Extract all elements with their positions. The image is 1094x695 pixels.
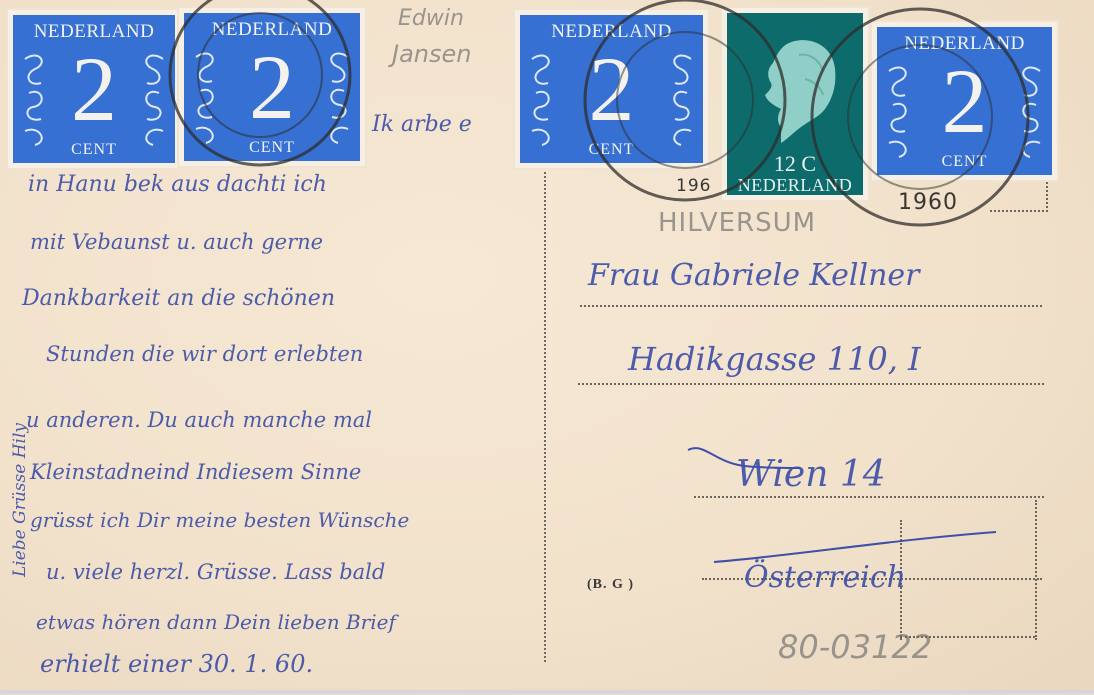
message-line-1: Ik arbe e (372, 112, 472, 137)
address-line-guide-1 (580, 305, 1042, 307)
postcode-box-right (1035, 500, 1037, 640)
stamp-country: NEDERLAND (727, 175, 863, 196)
message-line-9: u. viele herzl. Grüsse. Lass bald (46, 560, 385, 584)
stamp-2-cent-1: NEDERLAND 2 CENT (8, 10, 180, 168)
stamp-unit: CENT (13, 141, 175, 159)
address-street: Hadikgasse 110, I (628, 340, 921, 378)
address-flourish (684, 444, 804, 484)
pencil-note-catalog: 80-03122 (778, 628, 932, 666)
stamp-value: 2 (184, 41, 360, 133)
stamp-value: 2 (13, 43, 175, 135)
postcode-box-bottom (900, 636, 1035, 638)
stamp-value: 2 (877, 55, 1052, 147)
stamp-2-cent-3: NEDERLAND 2 CENT (515, 10, 708, 168)
postmark-year-1: 196 (676, 176, 711, 196)
pencil-note-town: HILVERSUM (658, 208, 816, 238)
stamp-2-cent-2: NEDERLAND 2 CENT (179, 8, 365, 166)
message-line-7: Kleinstadneind Indiesem Sinne (30, 460, 361, 484)
message-line-3: mit Vebaunst u. auch gerne (30, 230, 323, 254)
address-recipient: Frau Gabriele Kellner (588, 258, 920, 293)
stamp-value: 2 (520, 43, 703, 135)
stamp-2-cent-4: NEDERLAND 2 CENT (872, 22, 1057, 180)
stamp-value: 12 C (727, 151, 863, 177)
stamp-unit: CENT (184, 139, 360, 157)
pencil-note-sender-first: Edwin (398, 6, 464, 31)
message-line-4: Dankbarkeit an die schönen (22, 286, 335, 311)
stamp-unit: CENT (877, 153, 1052, 171)
address-line-guide-2 (578, 383, 1044, 385)
queen-profile-icon (755, 35, 840, 145)
postcard-back: NEDERLAND 2 CENT NEDERLAND 2 CENT NEDERL… (0, 0, 1094, 693)
message-line-10: etwas hören dann Dein lieben Brief (36, 610, 396, 634)
side-note-text: Liebe Grüsse Hily (10, 423, 30, 577)
address-line-guide-0 (990, 210, 1048, 212)
printed-mark: (B. G ) (587, 577, 634, 593)
side-note: Liebe Grüsse Hily (2, 330, 42, 670)
stamp-unit: CENT (520, 141, 703, 159)
message-line-5: Stunden die wir dort erlebten (46, 342, 363, 366)
message-line-6: u anderen. Du auch manche mal (26, 408, 372, 432)
center-divider (544, 172, 546, 662)
address-line-guide-3 (694, 496, 1044, 498)
stamp-box-guide (1046, 182, 1048, 212)
message-line-8: grüsst ich Dir meine besten Wünsche (30, 508, 409, 532)
message-line-2: in Hanu bek aus dachti ich (28, 172, 327, 197)
message-line-11: erhielt einer 30. 1. 60. (40, 650, 313, 678)
postmark-year-2: 1960 (898, 190, 958, 215)
address-underline (710, 528, 1000, 568)
pencil-note-sender-last: Jansen (392, 40, 471, 68)
stamp-12-cent-queen: 12 C NEDERLAND (722, 8, 868, 200)
